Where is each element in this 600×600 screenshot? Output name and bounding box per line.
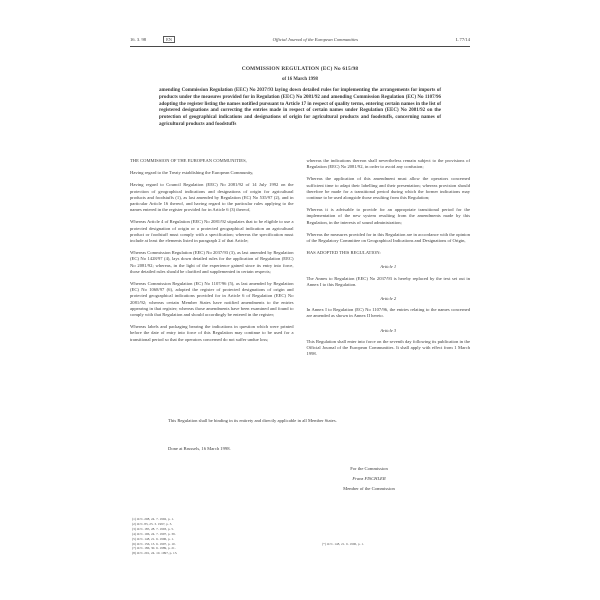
body-columns: THE COMMISSION OF THE EUROPEAN COMMUNITI… bbox=[130, 158, 470, 363]
has-adopted-line: HAS ADOPTED THIS REGULATION: bbox=[307, 250, 471, 256]
language-code-box: EN bbox=[163, 36, 175, 43]
done-at-line: Done at Brussels, 16 March 1998. bbox=[168, 446, 231, 451]
footnote-line: (5) OJ L 148, 21. 6. 1996, p. 1. bbox=[132, 537, 177, 542]
article-2-text: In Annex I to Regulation (EC) No 1107/96… bbox=[307, 307, 471, 319]
journal-header: 16. 3. 98 EN Official Journal of the Eur… bbox=[130, 36, 470, 47]
regulation-date-line: of 16 March 1998 bbox=[130, 77, 470, 82]
whereas-continuation: whereas the indications thereon shall ne… bbox=[307, 158, 471, 170]
right-column-footnote: (*) OJ L 148, 21. 6. 1996, p. 1. bbox=[322, 542, 364, 546]
article-3-heading: Article 3 bbox=[307, 328, 471, 334]
whereas-clause-4: Whereas labels and packaging bearing the… bbox=[130, 324, 294, 343]
whereas-clause-2: Whereas Commission Regulation (EEC) No 2… bbox=[130, 250, 294, 275]
scanned-document-page: 16. 3. 98 EN Official Journal of the Eur… bbox=[0, 0, 600, 600]
signature-block: For the Commission Franz FISCHLER Member… bbox=[306, 464, 432, 493]
binding-clause: This Regulation shall be binding in its … bbox=[168, 418, 454, 424]
commission-opening-line: THE COMMISSION OF THE EUROPEAN COMMUNITI… bbox=[130, 158, 294, 164]
signature-name: Franz FISCHLER bbox=[306, 474, 432, 484]
whereas-clause-6: Whereas it is advisable to provide for a… bbox=[307, 207, 471, 226]
regulation-title-block: COMMISSION REGULATION (EC) No 615/98 of … bbox=[130, 66, 470, 129]
right-column: whereas the indications thereon shall ne… bbox=[307, 158, 471, 363]
footnote-line: (4) OJ L 196, 24. 7. 1997, p. 39. bbox=[132, 532, 177, 537]
whereas-clause-1: Whereas Article 4 of Regulation (EEC) No… bbox=[130, 219, 294, 244]
footnote-line: (3) OJ L 185, 28. 7. 1993, p. 5. bbox=[132, 527, 177, 532]
having-regard-treaty: Having regard to the Treaty establishing… bbox=[130, 170, 294, 176]
article-1-heading: Article 1 bbox=[307, 264, 471, 270]
footnotes-block: (1) OJ L 208, 24. 7. 1992, p. 1. (2) OJ … bbox=[132, 517, 177, 556]
article-3-text: This Regulation shall enter into force o… bbox=[307, 339, 471, 358]
whereas-clause-5: Whereas the application of this amendmen… bbox=[307, 176, 471, 201]
page-content: 16. 3. 98 EN Official Journal of the Eur… bbox=[130, 36, 470, 596]
left-column: THE COMMISSION OF THE EUROPEAN COMMUNITI… bbox=[130, 158, 294, 363]
signature-for-line: For the Commission bbox=[306, 464, 432, 474]
having-regard-regulation: Having regard to Council Regulation (EEC… bbox=[130, 182, 294, 213]
signature-role: Member of the Commission bbox=[306, 484, 432, 494]
whereas-clause-7: Whereas the measures provided for in thi… bbox=[307, 232, 471, 244]
journal-title: Official Journal of the European Communi… bbox=[175, 37, 456, 42]
regulation-subtitle: amending Commission Regulation (EEC) No … bbox=[159, 88, 441, 129]
article-2-heading: Article 2 bbox=[307, 296, 471, 302]
regulation-title: COMMISSION REGULATION (EC) No 615/98 bbox=[130, 66, 470, 72]
header-date: 16. 3. 98 bbox=[130, 37, 146, 42]
whereas-clause-3: Whereas Commission Regulation (EC) No 11… bbox=[130, 281, 294, 318]
header-page-ref: L 77/14 bbox=[456, 37, 470, 42]
article-1-text: The Annex to Regulation (EEC) No 2037/93… bbox=[307, 276, 471, 288]
footnote-line: (8) OJ L 291, 24. 10. 1997, p. 13. bbox=[132, 551, 177, 556]
